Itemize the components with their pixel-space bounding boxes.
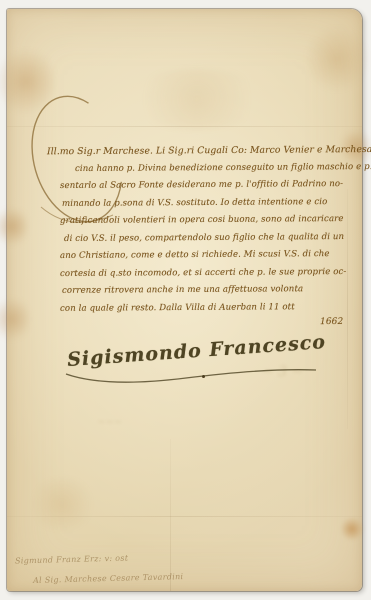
letter-paper-sheet: ~ 3 ~ ∼∼∼ Ill.mo Sig.r Marchese. Li Sig.… xyxy=(7,9,362,591)
fold-crease-horizontal-top xyxy=(7,126,362,127)
stain-center-soft xyxy=(127,69,267,129)
stain-top-right xyxy=(307,24,367,94)
showthrough-mark-2: ∼∼∼ xyxy=(97,417,122,428)
paraph-flourish xyxy=(21,87,131,232)
stain-top-left xyxy=(0,44,54,119)
attribution-note-sender: Sigmund Franz Erz: v: ost xyxy=(15,554,128,566)
fold-crease-vertical-right xyxy=(347,189,348,429)
attribution-note-recipient: Al Sig. Marchese Cesare Tavardini xyxy=(33,572,184,585)
stain-bottom-left-soft xyxy=(27,479,97,529)
signature-sigismondo-francesco: Sigismondo Francesco xyxy=(67,331,327,371)
photo-of-manuscript-letter: ~ 3 ~ ∼∼∼ Ill.mo Sig.r Marchese. Li Sig.… xyxy=(0,0,371,600)
date-year: 1662 xyxy=(320,317,343,327)
stain-bottom-right-spot xyxy=(341,517,363,541)
handwriting-line: cina hanno p. Divina benedizione consegu… xyxy=(75,162,371,174)
handwriting-line: di cio V.S. il peso, compartendolo suo f… xyxy=(64,232,344,244)
handwriting-line: correnze ritrovera anche in me una affet… xyxy=(62,284,303,296)
handwriting-line: gratificandoli volentieri in opera cosi … xyxy=(60,214,344,226)
handwriting-line: sentarlo al Sacro Fonte desiderano me p.… xyxy=(60,179,343,191)
handwriting-line: cortesia di q.sto incomodo, et si accert… xyxy=(60,267,346,279)
showthrough-mark-1: ~ 3 ~ xyxy=(262,364,303,380)
handwriting-line: Ill.mo Sig.r Marchese. Li Sig.ri Cugali … xyxy=(47,144,371,158)
ink-dot xyxy=(202,375,205,378)
fold-crease-vertical-left xyxy=(170,439,171,591)
handwriting-line: con la quale gli resto. Dalla Villa di A… xyxy=(60,302,295,314)
stain-left-edge-1 xyxy=(0,204,27,249)
fold-crease-horizontal-bottom xyxy=(7,516,362,517)
handwriting-line: ano Christiano, come e detto si richiede… xyxy=(60,249,330,261)
stain-left-edge-2 xyxy=(0,294,29,344)
handwriting-line: minando la p.sona di V.S. sostituto. Io … xyxy=(62,197,327,209)
